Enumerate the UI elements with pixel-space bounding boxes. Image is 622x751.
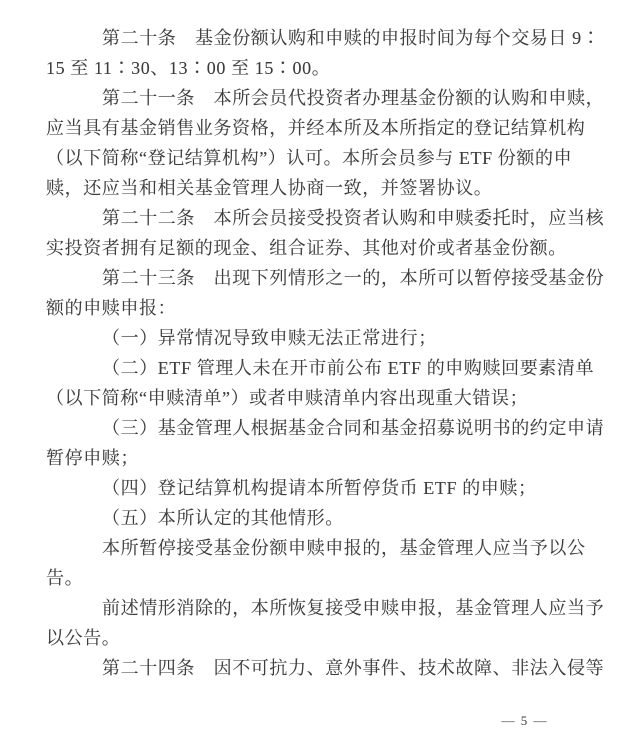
text-line: 额的申赎申报： xyxy=(46,293,586,323)
text-line: 应当具有基金销售业务资格，并经本所及本所指定的登记结算机构 xyxy=(46,113,586,143)
text-line: 15 至 11∶30、13∶00 至 15∶00。 xyxy=(46,53,586,83)
text-line: 第二十一条 本所会员代投资者办理基金份额的认购和申赎， xyxy=(46,83,586,113)
text-line: （以下简称“登记结算机构”）认可。本所会员参与 ETF 份额的申 xyxy=(46,143,586,173)
document-body: 第二十条 基金份额认购和申赎的申报时间为每个交易日 9∶15 至 11∶30、1… xyxy=(46,23,586,683)
text-line: 本所暂停接受基金份额申赎申报的，基金管理人应当予以公 xyxy=(46,533,586,563)
text-line: （五）本所认定的其他情形。 xyxy=(46,503,586,533)
text-line: 暂停申赎； xyxy=(46,443,586,473)
text-line: 实投资者拥有足额的现金、组合证券、其他对价或者基金份额。 xyxy=(46,233,586,263)
text-line: （以下简称“申赎清单”）或者申赎清单内容出现重大错误； xyxy=(46,383,586,413)
text-line: 前述情形消除的，本所恢复接受申赎申报，基金管理人应当予 xyxy=(46,593,586,623)
text-line: （二）ETF 管理人未在开市前公布 ETF 的申购赎回要素清单 xyxy=(46,353,586,383)
text-line: 第二十条 基金份额认购和申赎的申报时间为每个交易日 9∶ xyxy=(46,23,586,53)
text-line: 第二十三条 出现下列情形之一的，本所可以暂停接受基金份 xyxy=(46,263,586,293)
text-line: 赎，还应当和相关基金管理人协商一致，并签署协议。 xyxy=(46,173,586,203)
document-page: 第二十条 基金份额认购和申赎的申报时间为每个交易日 9∶15 至 11∶30、1… xyxy=(0,0,622,751)
text-line: （四）登记结算机构提请本所暂停货币 ETF 的申赎； xyxy=(46,473,586,503)
text-line: 第二十二条 本所会员接受投资者认购和申赎委托时，应当核 xyxy=(46,203,586,233)
text-line: 以公告。 xyxy=(46,623,586,653)
text-line: 第二十四条 因不可抗力、意外事件、技术故障、非法入侵等 xyxy=(46,653,586,683)
text-line: （三）基金管理人根据基金合同和基金招募说明书的约定申请 xyxy=(46,413,586,443)
text-line: （一）异常情况导致申赎无法正常进行； xyxy=(46,323,586,353)
text-line: 告。 xyxy=(46,563,586,593)
page-number: — 5 — xyxy=(502,712,549,730)
